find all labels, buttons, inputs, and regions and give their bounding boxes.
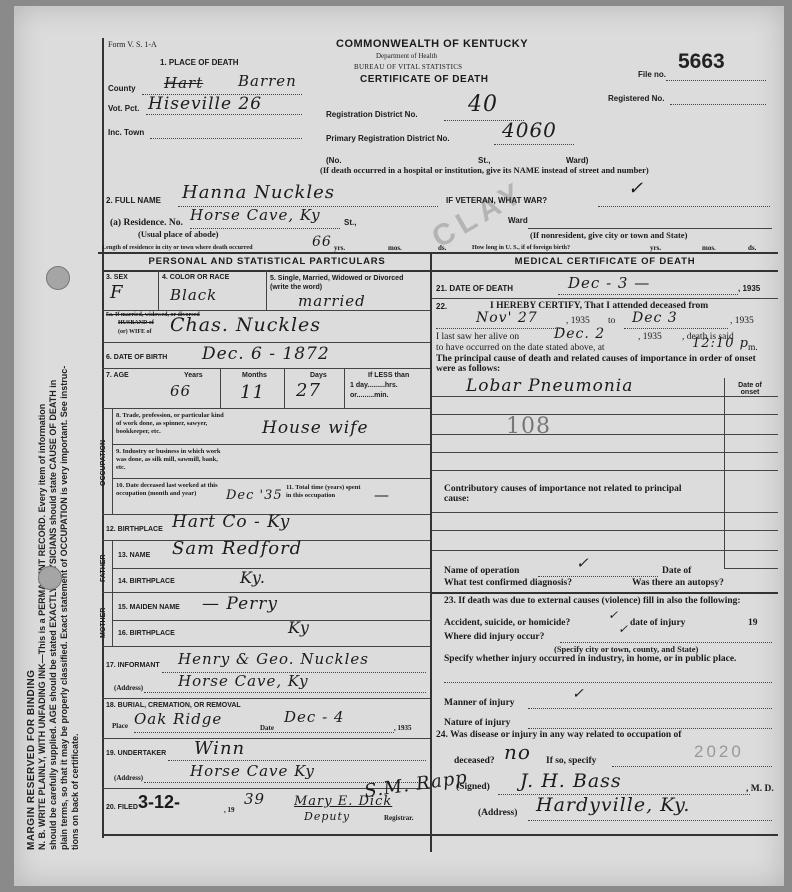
inc-town-label: Inc. Town bbox=[108, 128, 144, 137]
where-label: Where did injury occur? bbox=[444, 632, 544, 642]
ds-label: ds. bbox=[748, 244, 756, 252]
test-label: What test confirmed diagnosis? bbox=[444, 578, 572, 588]
mother-side-label: MOTHER bbox=[100, 608, 107, 638]
father-birthplace-value[interactable]: Ky. bbox=[240, 568, 266, 587]
date-of-death-label: 21. DATE OF DEATH bbox=[436, 284, 513, 293]
foreign-birth-label: How long in U. S., if of foreign birth? bbox=[472, 244, 570, 251]
primary-registration-label: Primary Registration District No. bbox=[326, 134, 450, 143]
occupation-related-label: 24. Was disease or injury in any way rel… bbox=[436, 730, 681, 740]
last-worked-label: 10. Date deceased last worked at this oc… bbox=[116, 482, 226, 498]
injury-date-label: date of injury bbox=[630, 618, 685, 628]
external-causes-label: 23. If death was due to external causes … bbox=[444, 596, 774, 606]
filed-year-prefix: , 19 bbox=[224, 806, 235, 814]
registrar-label: Registrar. bbox=[384, 814, 413, 822]
attended-to-year: , 1935 bbox=[730, 316, 754, 326]
manner-label: Manner of injury bbox=[444, 698, 515, 708]
filed-year-value[interactable]: 39 bbox=[244, 790, 265, 808]
occupation-side-label: OCCUPATION bbox=[100, 440, 107, 486]
age-label: 7. AGE bbox=[106, 372, 129, 379]
birthplace-value[interactable]: Hart Co - Ky bbox=[172, 512, 290, 532]
last-saw-value[interactable]: Dec. 2 bbox=[554, 326, 605, 342]
registrar-deputy: Deputy bbox=[304, 810, 350, 823]
occurred-label: to have occurred on the date stated abov… bbox=[436, 343, 605, 353]
dob-label: 6. DATE OF BIRTH bbox=[106, 354, 167, 361]
residence-st-label: St., bbox=[344, 218, 356, 227]
burial-place-value[interactable]: Oak Ridge bbox=[134, 710, 222, 728]
margin-line: tions on back of certificate. bbox=[70, 60, 81, 850]
informant-label: 17. INFORMANT bbox=[106, 662, 160, 669]
operation-value[interactable]: ✓ bbox=[576, 554, 590, 572]
sex-label: 3. SEX bbox=[106, 274, 128, 281]
mother-birthplace-value[interactable]: Ky bbox=[288, 618, 310, 637]
attended-from-year: , 1935 bbox=[566, 316, 590, 326]
father-name-value[interactable]: Sam Redford bbox=[172, 538, 302, 559]
st-label: St., bbox=[478, 156, 490, 165]
margin-line: should be carefully supplied. AGE should… bbox=[48, 60, 59, 850]
signed-label: (Signed) bbox=[456, 782, 490, 792]
undertaker-label: 19. UNDERTAKER bbox=[106, 750, 166, 757]
burial-place-label: Place bbox=[112, 722, 128, 730]
contributory-label: Contributory causes of importance not re… bbox=[444, 484, 704, 504]
margin-line: plain terms, so that it may be properly … bbox=[59, 60, 70, 850]
primary-registration-value[interactable]: 4060 bbox=[502, 118, 557, 142]
spouse-value[interactable]: Chas. Nuckles bbox=[170, 314, 321, 336]
informant-address-label: (Address) bbox=[114, 684, 143, 692]
full-name-label: 2. FULL NAME bbox=[106, 196, 161, 205]
vot-pct-value[interactable]: Hiseville 26 bbox=[148, 94, 262, 114]
death-certificate-form: Form V. S. 1-A COMMONWEALTH OF KENTUCKY … bbox=[98, 38, 778, 858]
residence-ward-label: Ward bbox=[508, 216, 528, 225]
accident-label: Accident, suicide, or homicide? bbox=[444, 618, 570, 628]
certificate-title: CERTIFICATE OF DEATH bbox=[360, 74, 489, 85]
punch-hole bbox=[46, 266, 70, 290]
mother-maiden-value[interactable]: — Perry bbox=[202, 594, 278, 614]
physician-address-label: (Address) bbox=[478, 808, 517, 818]
age-days-value[interactable]: 27 bbox=[296, 380, 321, 401]
informant-address-value[interactable]: Horse Cave, Ky bbox=[178, 672, 309, 690]
form-number: Form V. S. 1-A bbox=[108, 40, 157, 49]
total-time-label: 11. Total time (years) spent in this occ… bbox=[286, 484, 362, 500]
column-divider bbox=[430, 252, 432, 852]
overlap-signature: S.M. Rapp bbox=[363, 767, 469, 802]
spouse-label-b: HUSBAND of bbox=[118, 320, 154, 326]
stamp-number: 2020 bbox=[694, 742, 744, 762]
where-note: (Specify city or town, county, and State… bbox=[554, 644, 698, 654]
nature-label: Nature of injury bbox=[444, 718, 510, 728]
trade-value[interactable]: House wife bbox=[262, 418, 369, 438]
father-birthplace-label: 14. BIRTHPLACE bbox=[118, 578, 175, 585]
file-no-label: File no. bbox=[638, 70, 666, 79]
sex-value[interactable]: F bbox=[110, 282, 124, 303]
date-of-label: Date of bbox=[662, 566, 691, 576]
color-value[interactable]: Black bbox=[170, 286, 217, 304]
less-than-label: If LESS than bbox=[368, 372, 409, 379]
attended-to-value[interactable]: Dec 3 bbox=[632, 310, 678, 326]
medical-heading: MEDICAL CERTIFICATE OF DEATH bbox=[432, 256, 778, 267]
county-label: County bbox=[108, 84, 136, 93]
dob-value[interactable]: Dec. 6 - 1872 bbox=[202, 344, 330, 364]
date-of-death-value[interactable]: Dec - 3 — bbox=[568, 274, 650, 292]
undertaker-address-value[interactable]: Horse Cave Ky bbox=[190, 762, 315, 780]
manner-value[interactable]: ✓ bbox=[572, 686, 585, 702]
department: Department of Health bbox=[376, 52, 437, 60]
physician-signature[interactable]: J. H. Bass bbox=[520, 770, 622, 792]
margin-binding-note: MARGIN RESERVED FOR BINDING bbox=[26, 60, 37, 850]
deceased-value[interactable]: no bbox=[504, 740, 531, 764]
md-label: , M. D. bbox=[746, 784, 774, 794]
spouse-label-c: (or) WIFE of bbox=[118, 329, 152, 335]
county-value[interactable]: Barren bbox=[238, 72, 297, 90]
certify-number: 22. bbox=[436, 302, 447, 311]
personal-heading: PERSONAL AND STATISTICAL PARTICULARS bbox=[104, 256, 430, 267]
place-of-death-heading: 1. PLACE OF DEATH bbox=[160, 58, 239, 67]
residence-label: (a) Residence. No. bbox=[110, 218, 183, 228]
father-side-label: FATHER bbox=[100, 555, 107, 582]
yrs-label: yrs. bbox=[650, 244, 661, 252]
no-label: (No. bbox=[326, 156, 342, 165]
county-struck: Hart bbox=[164, 74, 203, 92]
days-label: Days bbox=[310, 372, 327, 379]
industry-label: 9. Industry or business in which work wa… bbox=[116, 448, 228, 472]
mother-birthplace-label: 16. BIRTHPLACE bbox=[118, 630, 175, 637]
nonresident-note: (If nonresident, give city or town and S… bbox=[530, 230, 687, 240]
less-min-label: or.........min. bbox=[350, 392, 389, 399]
date-of-onset-label: Date of onset bbox=[730, 382, 770, 396]
father-name-label: 13. NAME bbox=[118, 552, 150, 559]
usual-abode-note: (Usual place of abode) bbox=[138, 229, 219, 239]
cause-intro: The principal cause of death and related… bbox=[436, 354, 776, 374]
registration-district-value[interactable]: 40 bbox=[468, 92, 498, 117]
last-worked-value[interactable]: Dec '35 bbox=[226, 488, 283, 503]
registration-district-label: Registration District No. bbox=[326, 110, 418, 119]
undertaker-value[interactable]: Winn bbox=[194, 738, 245, 759]
specify-label: Specify whether injury occurred in indus… bbox=[444, 654, 774, 664]
operation-label: Name of operation bbox=[444, 566, 519, 576]
length-of-residence-label: Length of residence in city or town wher… bbox=[102, 244, 253, 251]
commonwealth-title: COMMONWEALTH OF KENTUCKY bbox=[336, 38, 528, 50]
informant-value[interactable]: Henry & Geo. Nuckles bbox=[178, 650, 369, 668]
veteran-value[interactable]: ✓ bbox=[628, 178, 644, 199]
length-of-residence-years[interactable]: 66 bbox=[312, 234, 332, 250]
file-number: 5663 bbox=[678, 50, 725, 74]
burial-year: , 1935 bbox=[394, 724, 412, 732]
physician-address-value[interactable]: Hardyville, Ky. bbox=[536, 794, 690, 816]
punch-hole bbox=[38, 566, 62, 590]
birthplace-label: 12. BIRTHPLACE bbox=[106, 526, 163, 533]
where-value[interactable]: ✓ bbox=[618, 622, 629, 636]
last-saw-label: I last saw her alive on bbox=[436, 332, 519, 342]
less-hrs-label: 1 day.........hrs. bbox=[350, 382, 398, 389]
occurred-time-value[interactable]: 12:10 p bbox=[692, 336, 749, 351]
age-years-value[interactable]: 66 bbox=[170, 382, 191, 400]
filed-label: 20. FILED bbox=[106, 804, 138, 811]
full-name-value[interactable]: Hanna Nuckles bbox=[182, 182, 335, 203]
yrs-label: yrs. bbox=[334, 244, 345, 252]
undertaker-address-label: (Address) bbox=[114, 774, 143, 782]
cause-code: 108 bbox=[506, 414, 551, 439]
total-time-value[interactable]: — bbox=[374, 486, 390, 504]
color-label: 4. COLOR OR RACE bbox=[162, 274, 229, 281]
last-saw-year: , 1935 bbox=[638, 332, 662, 342]
attended-from-value[interactable]: Nov' 27 bbox=[476, 310, 538, 326]
margin-instructions: MARGIN RESERVED FOR BINDING N. B. WRITE … bbox=[26, 60, 86, 850]
vot-pct-label: Vot. Pct. bbox=[108, 104, 139, 113]
age-months-value[interactable]: 11 bbox=[240, 382, 265, 403]
years-label: Years bbox=[184, 372, 203, 379]
date-of-death-year: , 1935 bbox=[738, 284, 760, 293]
autopsy-label: Was there an autopsy? bbox=[632, 578, 724, 588]
deceased-label: deceased? bbox=[454, 756, 495, 766]
registered-no-label: Registered No. bbox=[608, 94, 664, 103]
burial-label: 18. BURIAL, CREMATION, OR REMOVAL bbox=[106, 702, 241, 709]
accident-value[interactable]: ✓ bbox=[608, 608, 619, 622]
hospital-note: (If death occurred in a hospital or inst… bbox=[320, 165, 649, 175]
burial-date-value[interactable]: Dec - 4 bbox=[284, 708, 344, 726]
burial-date-label: Date bbox=[260, 724, 274, 732]
mother-maiden-label: 15. MAIDEN NAME bbox=[118, 604, 180, 611]
residence-value[interactable]: Horse Cave, Ky bbox=[190, 206, 321, 224]
mos-label: mos. bbox=[388, 244, 402, 252]
injury-year: 19 bbox=[748, 618, 758, 628]
frame-left bbox=[102, 38, 104, 838]
cause-value[interactable]: Lobar Pneumonia bbox=[466, 376, 633, 396]
filed-value[interactable]: 3-12- bbox=[138, 792, 180, 813]
marital-label: 5. Single, Married, Widowed or Divorced … bbox=[270, 274, 420, 292]
marital-value[interactable]: married bbox=[298, 292, 366, 310]
margin-line: N. B. WRITE PLAINLY, WITH UNFADING INK—T… bbox=[37, 60, 48, 850]
trade-label: 8. Trade, profession, or particular kind… bbox=[116, 412, 228, 436]
m-label: m. bbox=[748, 343, 758, 353]
bureau: BUREAU OF VITAL STATISTICS bbox=[354, 63, 462, 71]
ward-label: Ward) bbox=[566, 156, 588, 165]
mos-label: mos. bbox=[702, 244, 716, 252]
months-label: Months bbox=[242, 372, 267, 379]
if-so-label: If so, specify bbox=[546, 756, 596, 766]
to-label: to bbox=[608, 316, 615, 326]
